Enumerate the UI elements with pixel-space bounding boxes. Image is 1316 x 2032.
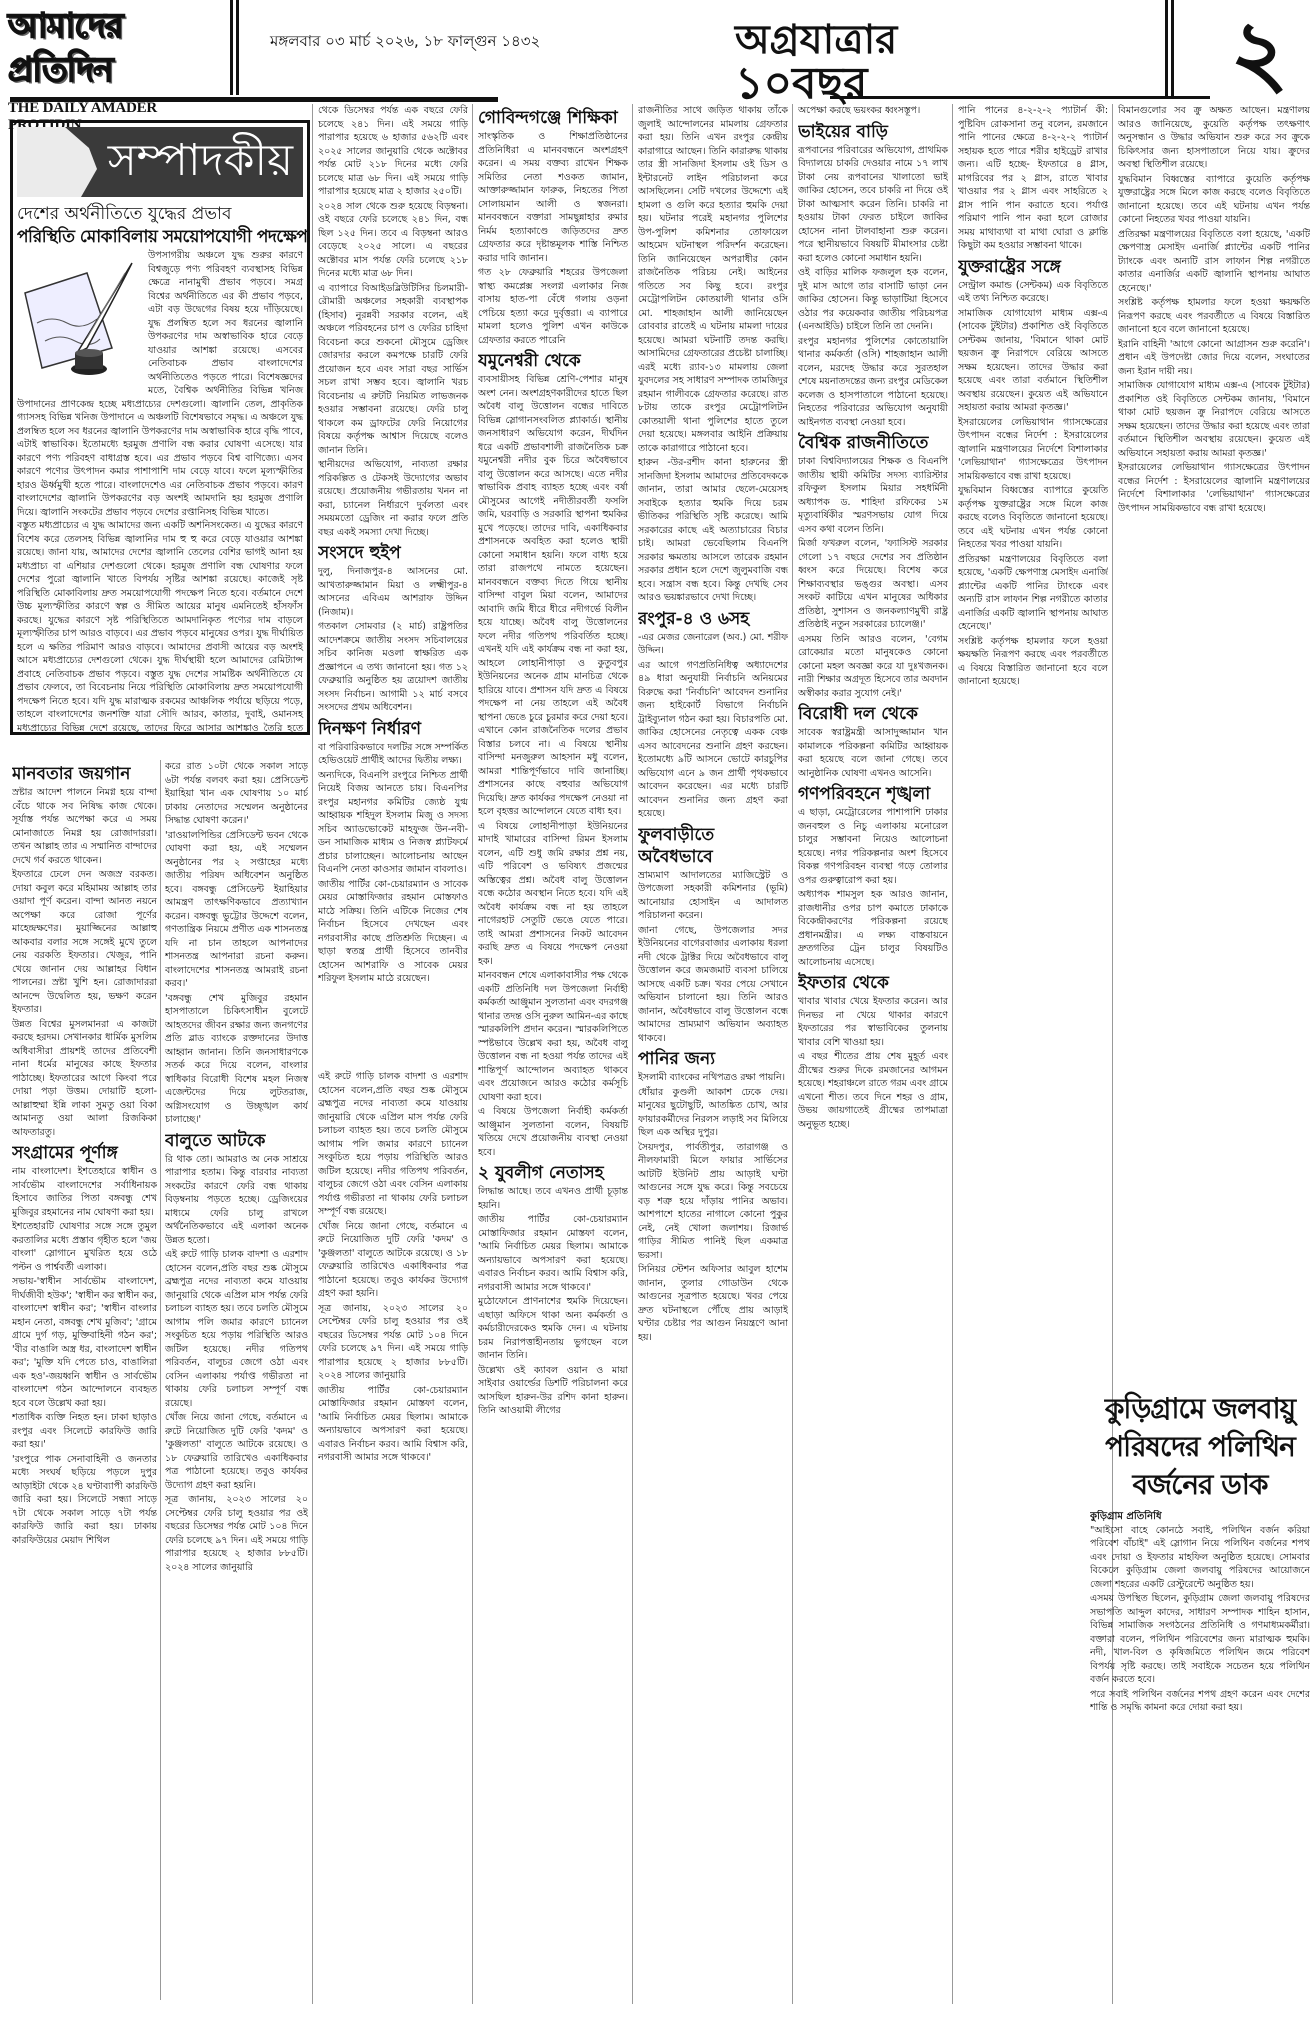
paragraph: ওই বাড়ির মালিক ফজলুল হক বলেন, দুই মাস আ… <box>798 266 948 334</box>
editorial-headline: পরিস্থিতি মোকাবিলায় সময়োপযোগী পদক্ষেপ … <box>17 225 303 249</box>
paragraph: 'রাওয়ালপিন্ডির প্রেসিডেন্ট ভবন থেকে ঘোষ… <box>165 829 308 991</box>
paragraph: রি থাক তো। আমরাও অ নেক সাশ্রয়ে পারাপার … <box>165 1153 308 1248</box>
column-rule <box>472 104 473 2004</box>
paragraph: গতকাল সোমবার (২ মার্চ) রাষ্ট্রপতির আদেশক… <box>318 620 468 715</box>
column-rule <box>792 104 793 2004</box>
paragraph: এ ছাড়া, মেট্রোরেলের পাশাপাশি ঢাকার জনবহ… <box>798 806 948 887</box>
kurigram-body: কুড়িগ্রাম প্রতিনিধি "আইসো বাহে কোনঠে সব… <box>1090 1510 1310 2020</box>
paragraph: করে রাত ১০টা থেকে সকাল সাড়ে ৬টা পর্যন্ত… <box>165 760 308 828</box>
paragraph: রূপবানের পরিবারের অভিযোগ, প্রাথমিক বিদ্য… <box>798 144 948 266</box>
section-heading: পানির জন্য <box>638 1048 788 1070</box>
paragraph: খাবার খাবার খেয়ে ইফতার করেন। আর দিনভর ন… <box>798 995 948 1049</box>
paragraph: ভ্রাম্যমাণ আদালতের ম্যাজিস্ট্রেট ও উপজেল… <box>638 869 788 923</box>
paragraph: সূত্র জানায়, ২০২৩ সালের ২০ সেপ্টেম্বর ফ… <box>165 1493 308 1574</box>
editorial-box: সম্পাদকীয় দেশের অর্থনীতিতে যুদ্ধের প্রভ… <box>10 120 310 735</box>
masthead-rule <box>10 97 498 102</box>
logo-bengali: আমাদের প্রতিদিন <box>8 4 228 92</box>
section-heading: যুক্তরাষ্ট্রের সঙ্গে <box>958 256 1108 278</box>
paragraph: এই রুটে গাড়ি চালক বাদশা ও এরশাদ হোসেন ব… <box>165 1248 308 1410</box>
anniversary-line1: অগ্রযাত্রার <box>735 20 897 60</box>
paragraph: 'রংপুরে পাক সেনাবাহিনী ও জনতার মধ্যে সংঘ… <box>12 1453 157 1548</box>
paragraph: সিনিয়র স্টেশন অফিসার আবুল হাশেম জানান, … <box>638 1263 788 1344</box>
byline: কুড়িগ্রাম প্রতিনিধি <box>1090 1510 1310 1524</box>
editorial-kicker: দেশের অর্থনীতিতে যুদ্ধের প্রভাব <box>17 203 303 225</box>
paragraph: সাংস্কৃতিক ও শিক্ষাপ্রতিষ্ঠানের প্রতিনিধ… <box>478 130 628 265</box>
paragraph: রাজনীতির সাথে জড়িত থাকায় তাঁকে জুলাই আ… <box>638 104 788 455</box>
paragraph: খোঁজ নিয়ে জানা গেছে, বর্তমানে এ রুটে নি… <box>165 1411 308 1492</box>
paragraph: ইশতেহারটি ঘোষণার সঙ্গে সঙ্গে তুমুল করতাল… <box>12 1220 157 1274</box>
article-gobindaganj: গোবিন্দগঞ্জে শিক্ষিকা সাংস্কৃতিক ও শিক্ষ… <box>478 104 628 2024</box>
paragraph: উল্লেখ্য ওই ক্যাবল ওয়ান ও মায়া সাইবার … <box>478 1364 628 1418</box>
paragraph: ২০২৪ সাল থেকে শুরু হয়েছে বিড়ম্বনা। ওই … <box>318 200 468 281</box>
paragraph: পানি পানের ৪-২-২-২ প্যাটার্ন কী: পুষ্টিব… <box>958 104 1108 253</box>
paragraph: -এর মেজর জেনারেল (অব.) মো. শরীফ উদ্দিন। <box>638 631 788 658</box>
paragraph: এসময় তিনি আরও বলেন, 'বেগম রোকেয়ার মতো … <box>798 633 948 701</box>
editorial-body: উপসাগরীয় অঞ্চলে যুদ্ধ শুরুর কারণে বিশ্ব… <box>17 249 303 735</box>
article-ferry-continued: থেকে ডিসেম্বর পর্যন্ত এক বছরে ফেরি চলেছে… <box>318 104 468 1064</box>
paragraph: গত ২৮ ফেব্রুয়ারি শহরের উপজেলা স্বাস্থ্য… <box>478 266 628 347</box>
paragraph: শতাধিক ব্যক্তি নিহত হন। ঢাকা ছাড়াও রংপু… <box>12 1411 157 1452</box>
anniversary-line2: ১০বছর <box>735 62 897 106</box>
section-heading: ইফতার থেকে <box>798 972 948 994</box>
paragraph: দুলু, দিনাজপুর-৪ আসনের মো. আখতারুজ্জামান… <box>318 565 468 619</box>
article-history-march: করে রাত ১০টা থেকে সকাল সাড়ে ৬টা পর্যন্ত… <box>165 760 308 2020</box>
paragraph: থেকে ডিসেম্বর পর্যন্ত এক বছরে ফেরি চলেছে… <box>318 104 468 199</box>
paragraph: এর আগে গণপ্রতিনিধিত্ব অধ্যাদেশের ৪৯ ধারা… <box>638 659 788 821</box>
paragraph: অপেক্ষা করছে ভয়ংকর ধ্বংসস্তূপ। <box>798 104 948 118</box>
section-heading: গণপরিবহনে শৃঙ্খলা <box>798 783 948 805</box>
kurigram-headline: কুড়িগ্রামে জলবায়ু পরিষদের পলিথিন বর্জন… <box>1090 1390 1310 1504</box>
paragraph: জাতীয় পার্টির কো-চেয়ারম্যান মোস্তাফিজা… <box>318 1384 468 1465</box>
paragraph: এ ব্যাপারে বিআইডব্লিউটিসির চিলমারী-রৌমার… <box>318 282 468 458</box>
paragraph: যুদ্ধবিমান বিধ্বস্তের ব্যাপারে কুয়েতি ক… <box>1118 173 1310 227</box>
paragraph: এই রুটে গাড়ি চালক বাদশা ও এরশাদ হোসেন ব… <box>318 1070 468 1219</box>
paragraph: নাম বাংলাদেশ। ইশতেহারে স্বাধীন ও সার্বভৌ… <box>12 1165 157 1219</box>
paragraph: স্রষ্টার আদেশ পালনে নিমগ্ন হয়ে বান্দা ব… <box>12 786 157 867</box>
section-heading: দিনক্ষণ নির্ধারণ <box>318 718 468 740</box>
paragraph: রংপুর মহানগর পুলিশের কোতোয়ালি থানার কর্… <box>798 335 948 430</box>
section-heading: সংগ্রামের পূর্ণাঙ্গ <box>12 1142 157 1164</box>
paragraph: লিদ্ধান্ত আছে। তবে এখনও প্রার্থী চূড়ান্… <box>478 1185 628 1212</box>
section-heading: মানবতার জয়গান <box>12 763 157 785</box>
section-heading: বিরোধী দল থেকে <box>798 703 948 725</box>
paragraph: মুঠোফোনে প্রাণনাশের হুমকি দিয়েছেন। এছাড… <box>478 1295 628 1363</box>
article-dinokkhon: এই রুটে গাড়ি চালক বাদশা ও এরশাদ হোসেন ব… <box>318 1070 468 2020</box>
page-number-divider <box>1171 0 1174 98</box>
page-number-divider <box>1165 0 1168 98</box>
section-heading: বৈশ্বিক রাজনীতিতে <box>798 432 948 454</box>
paragraph: ইফতারে ঢেলে দেন অজস্র বরকত। দোয়া কবুল ক… <box>12 868 157 1017</box>
section-heading: ফুলবাড়ীতে অবৈধভাবে <box>638 824 788 868</box>
paragraph: সভায়-'স্বাধীন সার্বভৌম বাংলাদেশ, দীর্ঘজ… <box>12 1275 157 1410</box>
article-kuwait: বিমানগুলোর সব ক্রু অক্ষত আছেন। মন্ত্রণাল… <box>1118 104 1310 1384</box>
paragraph: উন্নত বিশ্বের মুসলমানরা এ কাজটা করছে হরদ… <box>12 1018 157 1140</box>
paragraph: এ বছর শীতের প্রায় শেষ মুহূর্ত এবং গ্রীষ… <box>798 1050 948 1131</box>
paragraph: সামাজিক যোগাযোগ মাধ্যম এক্স-এ (সাবেক টুই… <box>958 307 1108 415</box>
quill-ink-icon <box>17 253 142 383</box>
paragraph: ইসলামী ব্যাংকের নথিপত্রও রক্ষা পায়নি। <box>638 1071 788 1085</box>
paragraph: সৈয়দপুর, পার্বতীপুর, তারাগঞ্জ ও নীলফামা… <box>638 1141 788 1263</box>
paragraph: স্থানীয়দের অভিযোগ, নাব্যতা রক্ষার পরিকল… <box>318 458 468 539</box>
paragraph: হারুন -উর-রশীদ কানা হারুনের স্ত্রী সানজি… <box>638 456 788 605</box>
section-heading: সংসদে হুইপ <box>318 542 468 564</box>
paragraph: জানা গেছে, উপজেলার সদর ইউনিয়নের বাগেরবা… <box>638 924 788 1046</box>
section-heading: বালুতে আটকে <box>165 1130 308 1152</box>
section-heading: যমুনেশ্বরী থেকে <box>478 350 628 372</box>
paragraph: 'বঙ্গবন্ধু শেখ মুজিবুর রহমান হাসপাতালে চ… <box>165 992 308 1127</box>
paragraph: অন্যদিকে, বিএনপি রংপুরে নিশ্চিত প্রার্থী… <box>318 769 468 877</box>
paragraph: সামাজিক যোগাযোগ মাধ্যম এক্স-এ (সাবেক টুই… <box>1118 379 1310 460</box>
paragraph: ধোঁয়ার কুণ্ডলী আকাশ ঢেকে দেয়। মানুষের … <box>638 1086 788 1140</box>
paragraph: বিমানগুলোর সব ক্রু অক্ষত আছেন। মন্ত্রণাল… <box>1118 104 1310 172</box>
column-rule <box>160 760 161 2000</box>
paragraph: সংশ্লিষ্ট কর্তৃপক্ষ হামলার ফলে হওয়া ক্ষ… <box>958 635 1108 689</box>
section-heading: ২ যুবলীগ নেতাসহ <box>478 1162 628 1184</box>
paragraph: ইসরায়েলের লেভিয়াথান গ্যাসক্ষেত্রের উৎপ… <box>958 416 1108 484</box>
article-health-us: পানি পানের ৪-২-২-২ প্যাটার্ন কী: পুষ্টিব… <box>958 104 1108 2024</box>
paragraph: প্রতিরক্ষা মন্ত্রণালয়ের বিবৃতিতে বলা হয… <box>1118 228 1310 296</box>
paragraph: সূত্র জানায়, ২০২৩ সালের ২০ সেপ্টেম্বর ফ… <box>318 1302 468 1383</box>
masthead-divider <box>230 0 233 95</box>
paragraph: খোঁজ নিয়ে জানা গেছে, বর্তমানে এ রুটে নি… <box>318 1220 468 1301</box>
paragraph: ব্যবসায়ীসহ বিভিন্ন শ্রেণি-পেশার মানুষ অ… <box>478 373 628 819</box>
section-heading: রংপুর-৪ ও ৬সহ <box>638 608 788 630</box>
editorial-banner: সম্পাদকীয় <box>17 127 303 197</box>
paragraph: প্রতিরক্ষা মন্ত্রণালয়ের বিবৃতিতে বলা হয… <box>958 553 1108 634</box>
paragraph: পরে সবাই পলিথিন বর্জনের শপথ গ্রহণ করেন এ… <box>1090 1688 1310 1715</box>
section-heading: গোবিন্দগঞ্জে শিক্ষিকা <box>478 107 628 129</box>
paragraph: যুদ্ধবিমান বিধ্বস্তের ব্যাপারে কুয়েতি ক… <box>958 484 1108 552</box>
anniversary-badge: অগ্রযাত্রার ১০বছর <box>735 20 897 106</box>
column-rule <box>312 104 313 2004</box>
column-rule <box>632 104 633 2004</box>
paragraph: সাবেক স্বরাষ্ট্রমন্ত্রী আসাদুজ্জামান খান… <box>798 726 948 780</box>
paragraph: জাতীয় পার্টির কো-চেয়ারম্যান ও সাবেক মে… <box>318 878 468 986</box>
paragraph: জাতীয় পার্টির কো-চেয়ারম্যান মোস্তাফিজা… <box>478 1213 628 1294</box>
paragraph: বা পরিবারিকভাবে দলটির সঙ্গে সম্পর্কিত হে… <box>318 741 468 768</box>
paragraph: ইসরায়েলের লেভিয়াথান গ্যাসক্ষেত্রের উৎপ… <box>1118 461 1310 515</box>
paragraph: "আইসো বাহে কোনঠে সবাই, পলিথিন বর্জন করিয… <box>1090 1524 1310 1592</box>
paragraph: সেন্ট্রাল কমান্ড (সেন্টকম) এক বিবৃতিতে এ… <box>958 279 1108 306</box>
column-rule <box>952 104 953 2004</box>
paragraph: ইরানি বাহিনী 'আগে কোনো আগ্রাসন শুরু করেন… <box>1118 338 1310 379</box>
paragraph: এসময় উপস্থিত ছিলেন, কুড়িগ্রাম জেলা জলব… <box>1090 1592 1310 1687</box>
paragraph: মির্জা ফখরুল বলেন, 'ফ্যাসিস্ট সরকার গেলো… <box>798 537 948 632</box>
section-heading: ভাইয়ের বাড়ি <box>798 121 948 143</box>
anniversary-underline <box>830 96 1210 99</box>
paragraph: ঢাকা বিশ্ববিদ্যালয়ের শিক্ষক ও বিএনপি জা… <box>798 455 948 536</box>
paragraph: সংশ্লিষ্ট কর্তৃপক্ষ হামলার ফলে হওয়া ক্ষ… <box>1118 296 1310 337</box>
article-humanity: মানবতার জয়গান স্রষ্টার আদেশ পালনে নিমগ্… <box>12 760 157 2020</box>
newspaper-logo: আমাদের প্রতিদিন THE DAILY AMADER PROTIDI… <box>8 4 228 134</box>
page-number: ২ <box>1230 8 1289 98</box>
editorial-paragraph: বস্তুত মধ্যপ্রাচ্যের এ যুদ্ধ আমাদের জন্য… <box>17 519 303 735</box>
article-brother-house: অপেক্ষা করছে ভয়ংকর ধ্বংসস্তূপ। ভাইয়ের … <box>798 104 948 2024</box>
paragraph: এ বিষয়ে লোহানীপাড়া ইউনিয়নের মাদাই খাম… <box>478 820 628 969</box>
masthead: আমাদের প্রতিদিন THE DAILY AMADER PROTIDI… <box>0 0 1316 100</box>
article-rangpur: রাজনীতির সাথে জড়িত থাকায় তাঁকে জুলাই আ… <box>638 104 788 2024</box>
masthead-divider <box>236 0 239 95</box>
paragraph: মানববন্ধন শেষে এলাকাবাসীর পক্ষ থেকে একটি… <box>478 969 628 1104</box>
paragraph: এ বিষয়ে উপজেলা নির্বাহী কর্মকর্তা আঞ্জু… <box>478 1105 628 1159</box>
paragraph: অধ্যাপক শামসুল হক আরও জানান, রাজধানীর ওপ… <box>798 888 948 969</box>
kurigram-article: কুড়িগ্রামে জলবায়ু পরিষদের পলিথিন বর্জন… <box>1090 1390 1310 2020</box>
editorial-title: সম্পাদকীয় <box>108 131 293 191</box>
dateline: মঙ্গলবার ০৩ মার্চ ২০২৬, ১৮ ফাল্গুন ১৪৩২ <box>270 30 540 55</box>
